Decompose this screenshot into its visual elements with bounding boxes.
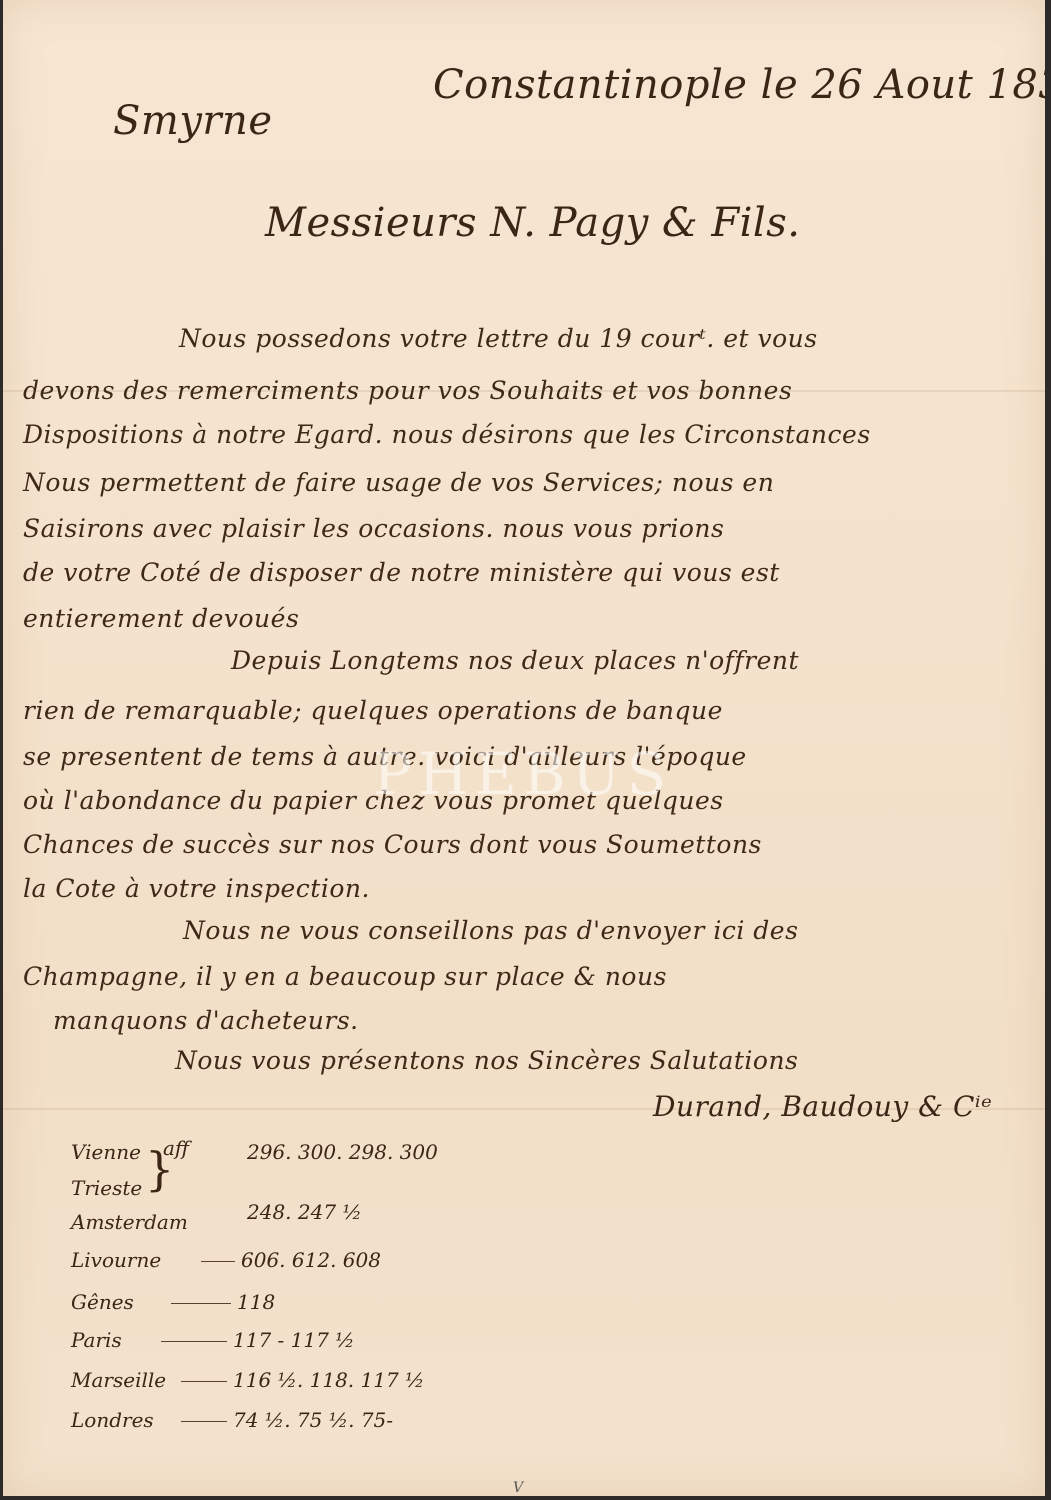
- rate-city: Gênes: [71, 1290, 171, 1314]
- body-line: rien de remarquable; quelques operations…: [23, 696, 723, 725]
- body-line: Nous ne vous conseillons pas d'envoyer i…: [183, 916, 798, 945]
- body-line: Chances de succès sur nos Cours dont vou…: [23, 830, 762, 859]
- rate-row: Amsterdam248. 247 ½: [71, 1210, 231, 1234]
- place-date: Constantinople le 26 Aout 1830.: [433, 62, 1045, 108]
- rate-row: Marseille116 ½. 118. 117 ½: [71, 1368, 424, 1392]
- body-line: Nous permettent de faire usage de vos Se…: [23, 468, 774, 497]
- rate-row: Paris117 - 117 ½: [71, 1328, 355, 1352]
- body-line: devons des remerciments pour vos Souhait…: [23, 376, 792, 405]
- rate-row: Livourne606. 612. 608: [71, 1248, 381, 1272]
- watermark: PHEBUS: [373, 740, 672, 808]
- rate-values: 118: [237, 1290, 275, 1314]
- rate-city: Livourne: [71, 1248, 201, 1272]
- brace-mark: }: [145, 1142, 174, 1196]
- closing-line: Nous vous présentons nos Sincères Saluta…: [175, 1046, 798, 1075]
- body-line: de votre Coté de disposer de notre minis…: [23, 558, 780, 587]
- body-line: Dispositions à notre Egard. nous désiron…: [23, 420, 871, 449]
- rate-row: Gênes118: [71, 1290, 275, 1314]
- body-line: entierement devoués: [23, 604, 299, 633]
- signature: Durand, Baudouy & Cⁱᵉ: [653, 1090, 992, 1123]
- rate-values: 248. 247 ½: [247, 1200, 362, 1224]
- rate-city: Paris: [71, 1328, 161, 1352]
- rate-city: Londres: [71, 1408, 181, 1432]
- body-line: manquons d'acheteurs.: [53, 1006, 359, 1035]
- rate-values: 117 - 117 ½: [233, 1328, 355, 1352]
- body-line: Saisirons avec plaisir les occasions. no…: [23, 514, 724, 543]
- rate-row: Londres74 ½. 75 ½. 75-: [71, 1408, 393, 1432]
- rate-values: 606. 612. 608: [241, 1248, 381, 1272]
- page-mark: V: [513, 1480, 523, 1496]
- rate-city: Marseille: [71, 1368, 181, 1392]
- rate-city: Amsterdam: [71, 1210, 231, 1234]
- body-line: Nous possedons votre lettre du 19 courᵗ.…: [179, 324, 818, 353]
- body-line: Champagne, il y en a beaucoup sur place …: [23, 962, 667, 991]
- rate-values: 296. 300. 298. 300: [247, 1140, 438, 1164]
- salutation: Messieurs N. Pagy & Fils.: [265, 200, 800, 246]
- rate-values: 74 ½. 75 ½. 75-: [233, 1408, 393, 1432]
- rate-values: 116 ½. 118. 117 ½: [233, 1368, 424, 1392]
- body-line: Depuis Longtems nos deux places n'offren…: [231, 646, 799, 675]
- letter-sheet: Smyrne Constantinople le 26 Aout 1830. M…: [3, 0, 1045, 1496]
- destination: Smyrne: [113, 98, 272, 144]
- body-line: la Cote à votre inspection.: [23, 874, 370, 903]
